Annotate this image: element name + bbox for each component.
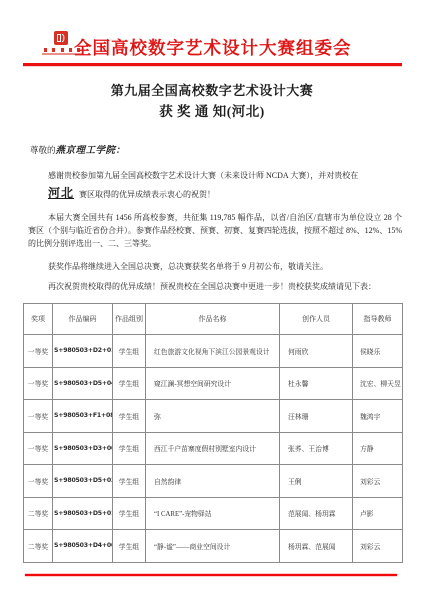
congrats-text: 赛区取得的优异成绩表示衷心的祝贺！ xyxy=(79,190,215,199)
paragraph-competition-stats: 本届大赛全国共有 1456 所高校参赛，共征集 119,785 幅作品，以省/自… xyxy=(28,211,402,250)
salutation-colon: ： xyxy=(116,146,126,156)
awards-table: 奖项作品编码作品组别作品名称创作人员指导教师 一等奖S+980503+D2+01… xyxy=(23,303,403,563)
table-cell: S+980503+D4+004 xyxy=(53,530,113,563)
table-cell: 刘彩云 xyxy=(353,465,403,498)
table-cell: “静-谧”——商业空间设计 xyxy=(146,530,280,563)
table-row: 一等奖S+980503+D5+045学生组窥江澜-冥想空间研究设计杜永馨沈宏、柳… xyxy=(24,367,403,400)
table-cell: 自然韵律 xyxy=(146,465,280,498)
table-header-cell: 指导教师 xyxy=(353,304,403,335)
table-header-cell: 奖项 xyxy=(24,304,53,335)
table-row: 二等奖S+980503+D5+018学生组“I CARE”-宠物驿站范展闻、杨玥… xyxy=(24,497,403,530)
salutation: 尊敬的燕京理工学院： xyxy=(30,142,126,156)
table-cell: 张荞、王治博 xyxy=(280,432,353,465)
awards-table-container: 奖项作品编码作品组别作品名称创作人员指导教师 一等奖S+980503+D2+01… xyxy=(23,303,403,563)
table-row: 一等奖S+980503+D5+031学生组自然韵律王俐刘彩云 xyxy=(24,465,403,498)
table-cell: 二等奖 xyxy=(24,530,53,563)
table-cell: 一等奖 xyxy=(24,335,53,368)
footer-divider-line xyxy=(25,574,397,576)
region-name: 河北 xyxy=(48,186,74,200)
table-cell: 侯晓乐 xyxy=(353,335,403,368)
table-cell: 一等奖 xyxy=(24,400,53,433)
table-cell: S+980503+D3+002 xyxy=(53,432,113,465)
table-cell: 学生组 xyxy=(113,367,146,400)
table-cell: 学生组 xyxy=(113,432,146,465)
table-cell: 学生组 xyxy=(113,335,146,368)
table-header-row: 奖项作品编码作品组别作品名称创作人员指导教师 xyxy=(24,304,403,335)
table-cell: S+980503+D2+014 xyxy=(53,335,113,368)
table-header-cell: 创作人员 xyxy=(280,304,353,335)
table-cell: 学生组 xyxy=(113,465,146,498)
header-divider-line xyxy=(23,63,402,66)
salutation-prefix: 尊敬的 xyxy=(30,145,56,155)
table-cell: 学生组 xyxy=(113,530,146,563)
table-header-cell: 作品编码 xyxy=(53,304,113,335)
paragraph-finals-notice: 获奖作品将继续进入全国总决赛，总决赛获奖名单将于 9 月初公布，敬请关注。 xyxy=(28,260,402,273)
table-cell: 红色旅游文化视角下滨江公园景观设计 xyxy=(146,335,280,368)
school-name: 燕京理工学院 xyxy=(56,146,116,156)
table-cell: 范展闻、杨玥霖 xyxy=(280,497,353,530)
ncda-seal-logo-icon xyxy=(54,31,68,45)
table-cell: 学生组 xyxy=(113,497,146,530)
document-title: 第九届全国高校数字艺术设计大赛 xyxy=(0,80,424,99)
table-header-cell: 作品名称 xyxy=(146,304,280,335)
table-cell: 窥江澜-冥想空间研究设计 xyxy=(146,367,280,400)
table-cell: 二等奖 xyxy=(24,497,53,530)
table-row: 一等奖S+980503+D3+002学生组西江千户苗寨度假村别墅室内设计张荞、王… xyxy=(24,432,403,465)
table-cell: 王俐 xyxy=(280,465,353,498)
table-cell: 方静 xyxy=(353,432,403,465)
table-cell: 魏鸿宇 xyxy=(353,400,403,433)
table-cell: 杜永馨 xyxy=(280,367,353,400)
table-cell: S+980503+D5+018 xyxy=(53,497,113,530)
table-cell: S+980503+F1+086 xyxy=(53,400,113,433)
table-cell: 西江千户苗寨度假村别墅室内设计 xyxy=(146,432,280,465)
table-cell: 汪林珊 xyxy=(280,400,353,433)
table-cell: “I CARE”-宠物驿站 xyxy=(146,497,280,530)
table-cell: S+980503+D5+031 xyxy=(53,465,113,498)
table-header-cell: 作品组别 xyxy=(113,304,146,335)
table-row: 一等奖S+980503+F1+086学生组弥汪林珊魏鸿宇 xyxy=(24,400,403,433)
table-cell: 一等奖 xyxy=(24,367,53,400)
table-cell: 一等奖 xyxy=(24,465,53,498)
table-cell: 卢影 xyxy=(353,497,403,530)
table-cell: 学生组 xyxy=(113,400,146,433)
paragraph-thanks: 感谢贵校参加第九届全国高校数字艺术设计大赛（未来设计师 NCDA 大赛），并对贵… xyxy=(48,169,400,182)
committee-title: 全国高校数字艺术设计大赛组委会 xyxy=(74,35,374,60)
paragraph-congrats-table-intro: 再次祝贺贵校取得的优异成绩！预祝贵校在全国总决赛中更进一步！贵校获奖成绩请见下表… xyxy=(28,280,402,293)
award-notice-document: { "header": { "committee_title": "全国高校数字… xyxy=(0,0,424,600)
table-row: 二等奖S+980503+D4+004学生组“静-谧”——商业空间设计杨玥霖、范展… xyxy=(24,530,403,563)
region-congrats-line: 河北赛区取得的优异成绩表示衷心的祝贺！ xyxy=(48,184,400,202)
table-cell: 杨玥霖、范展闻 xyxy=(280,530,353,563)
table-cell: S+980503+D5+045 xyxy=(53,367,113,400)
table-cell: 弥 xyxy=(146,400,280,433)
table-cell: 刘彩云 xyxy=(353,530,403,563)
table-cell: 沈宏、柳天昱 xyxy=(353,367,403,400)
document-subtitle: 获 奖 通 知(河北) xyxy=(0,100,424,120)
table-cell: 一等奖 xyxy=(24,432,53,465)
table-cell: 何雨欣 xyxy=(280,335,353,368)
table-row: 一等奖S+980503+D2+014学生组红色旅游文化视角下滨江公园景观设计何雨… xyxy=(24,335,403,368)
